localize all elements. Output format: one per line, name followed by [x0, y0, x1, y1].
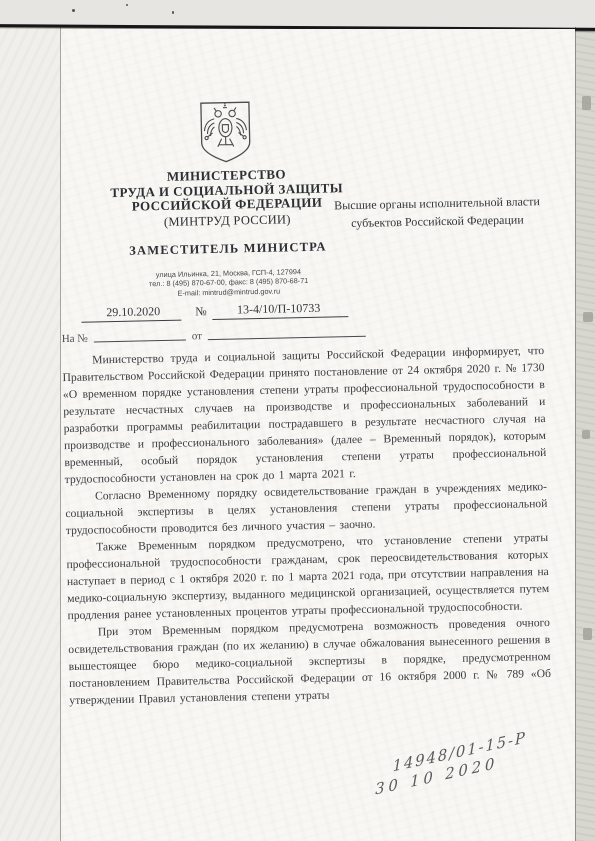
letter-content: МИНИСТЕРСТВО ТРУДА И СОЦИАЛЬНОЙ ЗАЩИТЫ Р… [53, 23, 584, 841]
reference-date-blank [208, 336, 366, 340]
letter-paper: МИНИСТЕРСТВО ТРУДА И СОЦИАЛЬНОЙ ЗАЩИТЫ Р… [61, 29, 575, 841]
scan-top-margin [0, 0, 595, 27]
reference-line: На № от [62, 326, 382, 345]
number-sign: № [195, 304, 207, 319]
recipient-block: Высшие органы исполнительной власти субъ… [303, 191, 572, 233]
reference-number-blank [94, 340, 186, 343]
reference-label: На № [62, 333, 88, 346]
reference-from-label: от [192, 330, 202, 342]
scan-speck [172, 11, 174, 14]
official-position-title: ЗАМЕСТИТЕЛЬ МИНИСТРА [80, 238, 376, 259]
scan-speck [126, 4, 128, 6]
handwritten-registration-note: 14948/01-15-Р 30 10 2020 [393, 717, 579, 796]
scan-artifact-blob [582, 96, 591, 110]
outgoing-requisites-line: 29.10.2020 № 13-4/10/П-10733 [81, 299, 381, 322]
scan-left-margin [0, 0, 61, 841]
scan-artifact-blob [582, 430, 590, 439]
outgoing-number: 13-4/10/П-10733 [213, 300, 349, 320]
letter-body: Министерство труда и социальной защиты Р… [62, 342, 551, 709]
scan-speck [72, 9, 75, 12]
scan-artifact-blob [583, 628, 592, 640]
coat-of-arms-icon [196, 100, 255, 165]
outgoing-date: 29.10.2020 [81, 304, 181, 323]
scan-artifact-blob [583, 312, 593, 322]
scanned-letter-page: { "colors": { "paper": "#f8f7f3", "ink":… [0, 0, 595, 841]
body-paragraph-3: Также Временным порядком предусмотрено, … [66, 529, 550, 624]
body-paragraph-4: При этом Временным порядком предусмотрен… [68, 614, 552, 709]
contact-block: улица Ильинка, 21, Москва, ГСП-4, 127994… [80, 265, 377, 300]
body-paragraph-1: Министерство труда и социальной защиты Р… [62, 342, 547, 488]
